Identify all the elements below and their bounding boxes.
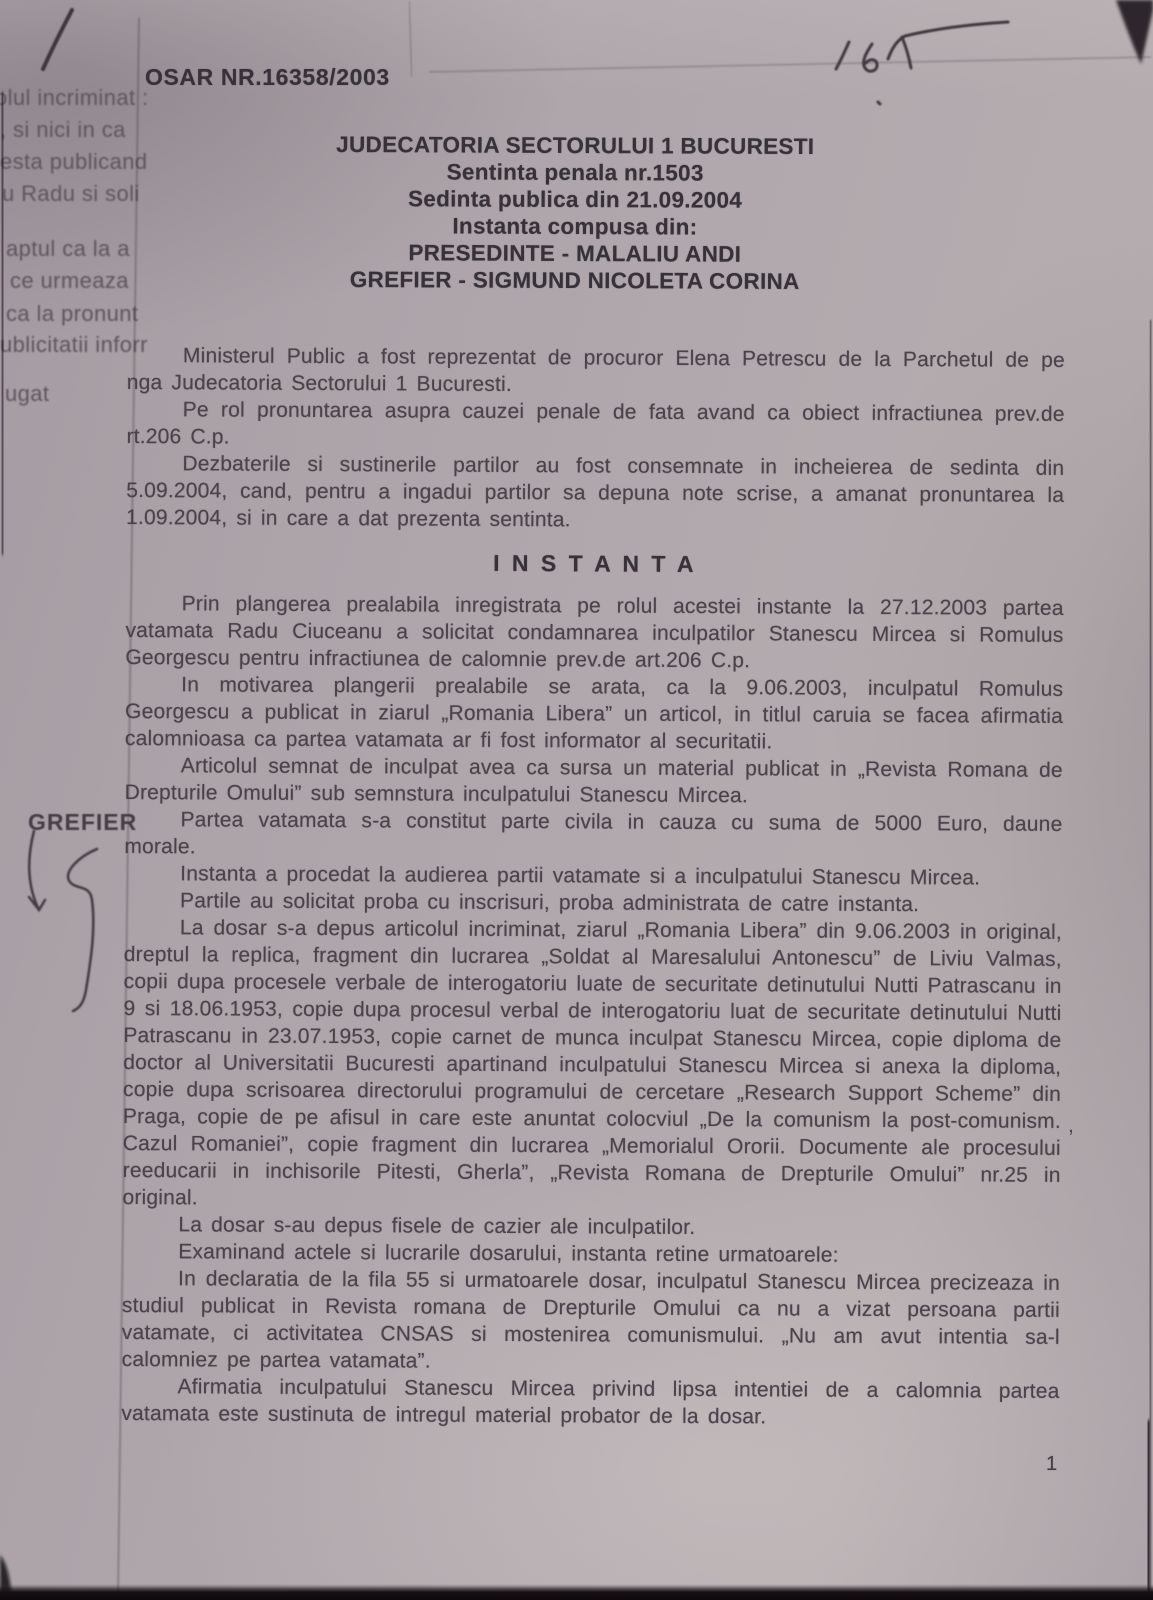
margin-ghost-text: ugat [5,382,49,406]
paragraph: La dosar s-a depus articolul incriminat,… [122,914,1062,1216]
scanned-court-document-page: olul incriminat : , si nici in ca esta p… [0,0,1153,1600]
margin-ghost-text: ca la pronunt [6,302,138,326]
document-body: Ministerul Public a fost reprezentat de … [121,342,1065,1432]
page-number: 1 [1046,1453,1057,1476]
handwritten-slash-mark [43,10,72,69]
margin-ghost-text: ce urmeaza [10,269,129,293]
case-number: OSAR NR.16358/2003 [145,64,390,91]
paragraph: Articolul semnat de inculpat avea ca sur… [125,752,1063,811]
paragraph: In declaratia de la fila 55 si urmatoare… [122,1265,1061,1378]
grefier-margin-stamp: GREFIER [28,809,137,836]
panel-intro: Instanta compusa din: [130,211,1020,242]
paragraph: Afirmatia inculpatului Stanescu Mircea p… [121,1373,1059,1432]
margin-ghost-text: , si nici in ca [0,118,126,142]
president-line: PRESEDINTE - MALALIU ANDI [130,238,1020,269]
paragraph: Prin plangerea prealabila inregistrata p… [125,590,1063,676]
margin-ghost-text: aptul ca la a [6,237,130,261]
margin-ghost-text: esta publicand [0,150,147,174]
grefier-signature [29,831,97,1011]
clerk-line: GREFIER - SIGMUND NICOLETA CORINA [130,265,1020,296]
margin-ghost-text: ublicitatii inforr [0,333,148,357]
section-heading-instanta: I N S T A N T A [126,548,1064,580]
margin-ghost-text: u Radu si soli [2,182,140,206]
paragraph: Pe rol pronuntarea asupra cauzei penale … [126,396,1064,455]
paragraph: In motivarea plangerii prealabile se ara… [125,671,1063,757]
sentence-number: Sentinta penala nr.1503 [130,157,1020,188]
court-header: JUDECATORIA SECTORULUI 1 BUCURESTI Senti… [130,130,1021,296]
scan-bottom-edge [0,1584,1153,1600]
stray-comma: , [1068,1114,1074,1138]
session-date: Sedinta publica din 21.09.2004 [130,184,1020,215]
handwritten-number-16t [836,22,1008,104]
paragraph: Dezbaterile si sustinerile partilor au f… [126,450,1064,536]
paragraph: Partea vatamata s-a constitut parte civi… [124,806,1062,865]
paragraph: Ministerul Public a fost reprezentat de … [127,342,1065,401]
margin-ghost-text: olul incriminat : [0,86,149,110]
court-name: JUDECATORIA SECTORULUI 1 BUCURESTI [130,130,1020,161]
